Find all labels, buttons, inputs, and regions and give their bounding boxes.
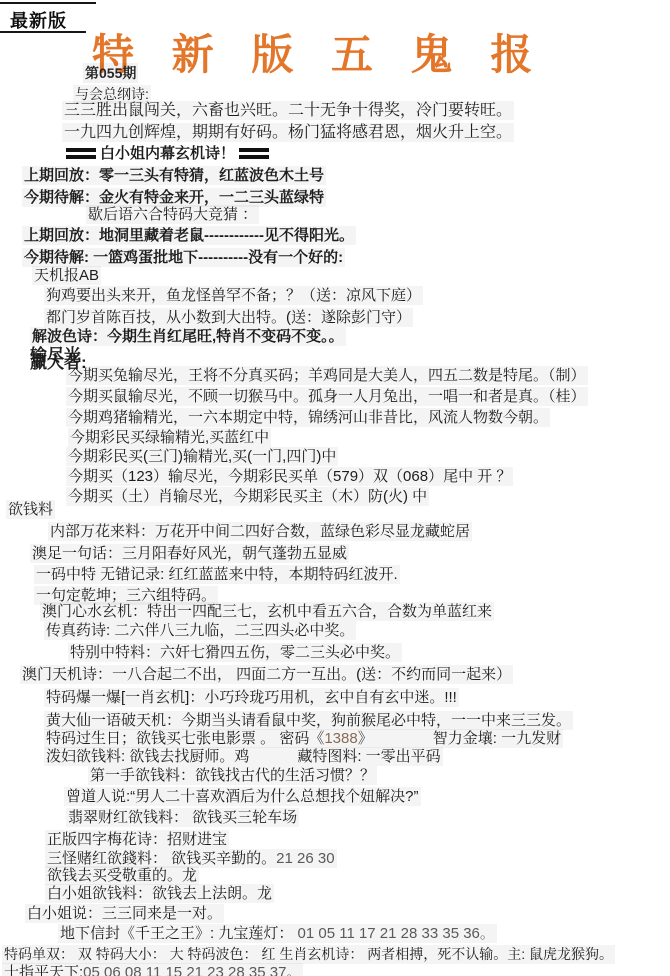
lose-line-6: 今期买（123）输尽光，今期彩民买单（579）双（068）尾中 开 ？	[66, 467, 513, 486]
lose-line-4: 今期彩民买绿输精光,买蓝红中	[68, 428, 271, 447]
double-bar-icon	[239, 148, 269, 159]
lose-line-5: 今期彩民买(三门)输精光,买(一门,四门)中	[66, 447, 338, 466]
master-poem-line-2: 一九四九创辉煌，期期有好码。杨门猛将感君恩，烟火升上空。	[62, 123, 514, 142]
money-tip-1: 内部万花来料：万花开中间二四好合数，蓝绿色彩尽显龙藏蛇居	[48, 522, 472, 541]
ten-fingers-numbers: 05 06 08 11 15 21 23 28 35 37。	[83, 964, 301, 976]
badge-under-rule	[0, 31, 86, 33]
first-hand-money-line: 第一手欲钱料：欲钱找古代的生活习惯？？	[88, 766, 377, 785]
top-rule	[0, 2, 96, 4]
money-tip-3: 一码中特 无错记录: 红红蓝蓝来中特，本期特码红波开.	[34, 565, 400, 584]
insider-poem-header: 白小姐内幕玄机诗！	[60, 144, 275, 163]
pofu-money-line: 泼妇欲钱料: 欲钱去找厨师。鸡藏特图料: 一零出平码	[44, 747, 443, 766]
respect-money-line: 欲钱去买受敬重的。龙	[45, 866, 199, 885]
hidden-chart-text: 藏特图料: 一零出平码	[297, 748, 440, 765]
double-bar-icon	[66, 148, 96, 159]
master-poem-line-1: 三三胜出鼠闯关，六畜也兴旺。二十无争十得奖，冷门要转旺。	[62, 101, 514, 120]
money-tip-9: 特码爆一爆[一肖玄机]：小巧玲珑巧用机，玄中自有玄中迷。!!!	[44, 688, 459, 707]
money-tip-2: 澳足一句话：三月阳春好风光，朝气蓬勃五显威	[30, 544, 349, 563]
money-tip-10: 黄大仙一语破天机：今期当头请看鼠中奖，狗前猴尾必中特，一一中来三三发。	[44, 711, 573, 730]
money-tip-5: 澳门心水玄机：特出一四配三七，玄机中看五六合，合数为单蓝红来	[40, 602, 494, 621]
summary-line: 特码单双： 双 特码大小： 大 特码波色： 红 生肖玄机诗： 两者相搏，死不认输…	[2, 945, 615, 964]
birthday-close: 》	[358, 730, 373, 747]
page-title: 特 新 版 五 鬼 报	[92, 22, 545, 82]
sanguai-text: 三怪赌红欲錢料： 欲钱买辛勤的。	[47, 850, 276, 867]
money-tips-header: 欲钱料	[6, 500, 55, 519]
money-tip-7: 特别中特料：六奸七猾四五伤，零二三头必中奖。	[68, 643, 402, 662]
ten-fingers-text: 十指平天下:	[4, 964, 83, 976]
edition-badge: 最新版	[10, 7, 67, 33]
insider-poem-title: 白小姐内幕玄机诗！	[100, 145, 235, 162]
baixiaojie-say-line: 白小姐说：三三同来是一对。	[25, 904, 224, 923]
envelope-numbers: 01 05 11 17 21 28 33 35 36。	[298, 925, 495, 942]
envelope-line: 地下信封《千王之王》: 九宝莲灯： 01 05 11 17 21 28 33 3…	[58, 924, 497, 943]
jade-money-line: 翡翠财红欲钱料： 欲钱买三轮车场	[66, 808, 299, 827]
money-tip-8: 澳门天机诗：一八合起二不出， 四面二方一互出。(送：不约而同一起来）	[20, 665, 513, 684]
birthday-text: 特码过生日；欲钱买七张电影票 。 密码《	[46, 730, 324, 747]
wisdom-gold-text: 智力金壤: 一九发财	[433, 730, 561, 747]
tianji-line-1: 狗鸡要出头来开，鱼龙怪兽罕不备；？（送：凉风下庭）	[44, 286, 423, 305]
ten-fingers-line: 十指平天下:05 06 08 11 15 21 23 28 35 37。	[2, 963, 303, 976]
plum-poem-line: 正版四字梅花诗：招财进宝	[45, 830, 229, 849]
tianji-report-header: 天机报AB	[32, 266, 101, 285]
this-issue-pending-2: 今期待解: 一篮鸡蛋批地下----------没有一个好的:	[22, 248, 345, 267]
lose-line-7: 今期买（土）肖输尽光，今期彩民买主（木）防(火) 中	[66, 487, 429, 506]
lose-line-3: 今期鸡猪输精光，一六本期定中特，锦绣河山非昔比，风流人物数今朝。	[66, 408, 550, 427]
envelope-text: 地下信封《千王之王》: 九宝莲灯：	[60, 925, 298, 942]
lose-line-1: 今期买兔输尽光，王将不分真买码；羊鸡同是大美人，四五二数是特尾。（制）	[66, 366, 588, 385]
last-issue-review-2: 上期回放：地洞里藏着老鼠------------见不得阳光。	[22, 226, 356, 245]
baixiaojie-money-line: 白小姐欲钱料：欲钱去上法朗。龙	[45, 884, 274, 903]
newspaper-page: 最新版 特 新 版 五 鬼 报 第055期 与会总纲诗: 三三胜出鼠闯关，六畜也…	[0, 0, 670, 976]
money-tip-6: 传真药诗: 二六伴八三九临，二三四头必中奖。	[44, 621, 356, 640]
password-code: 1388	[324, 730, 357, 747]
sanguai-numbers: 21 26 30	[276, 850, 334, 867]
zengdao-quote-line: 曾道人说:“男人二十喜欢酒后为什么总想找个妞解决?”	[64, 787, 421, 806]
issue-number: 第055期	[83, 63, 138, 83]
pofu-text: 泼妇欲钱料: 欲钱去找厨师。鸡	[46, 748, 249, 765]
tianji-line-2: 都门岁首陈百技，从小数到大出特。(送：遂除彭门守）	[44, 308, 413, 327]
riddle-contest-header: 歇后语六合特码大竞猜 ：	[86, 205, 259, 224]
birthday-password-line: 特码过生日；欲钱买七张电影票 。 密码《1388》智力金壤: 一九发财	[44, 729, 563, 748]
lose-line-2: 今期买鼠输尽光，不顾一切猴马中。孤身一人月兔出，一唱一和者是真。（桂）	[66, 387, 588, 406]
last-issue-review-1: 上期回放：零一三头有特猜，红蓝波色木土号	[22, 166, 326, 185]
